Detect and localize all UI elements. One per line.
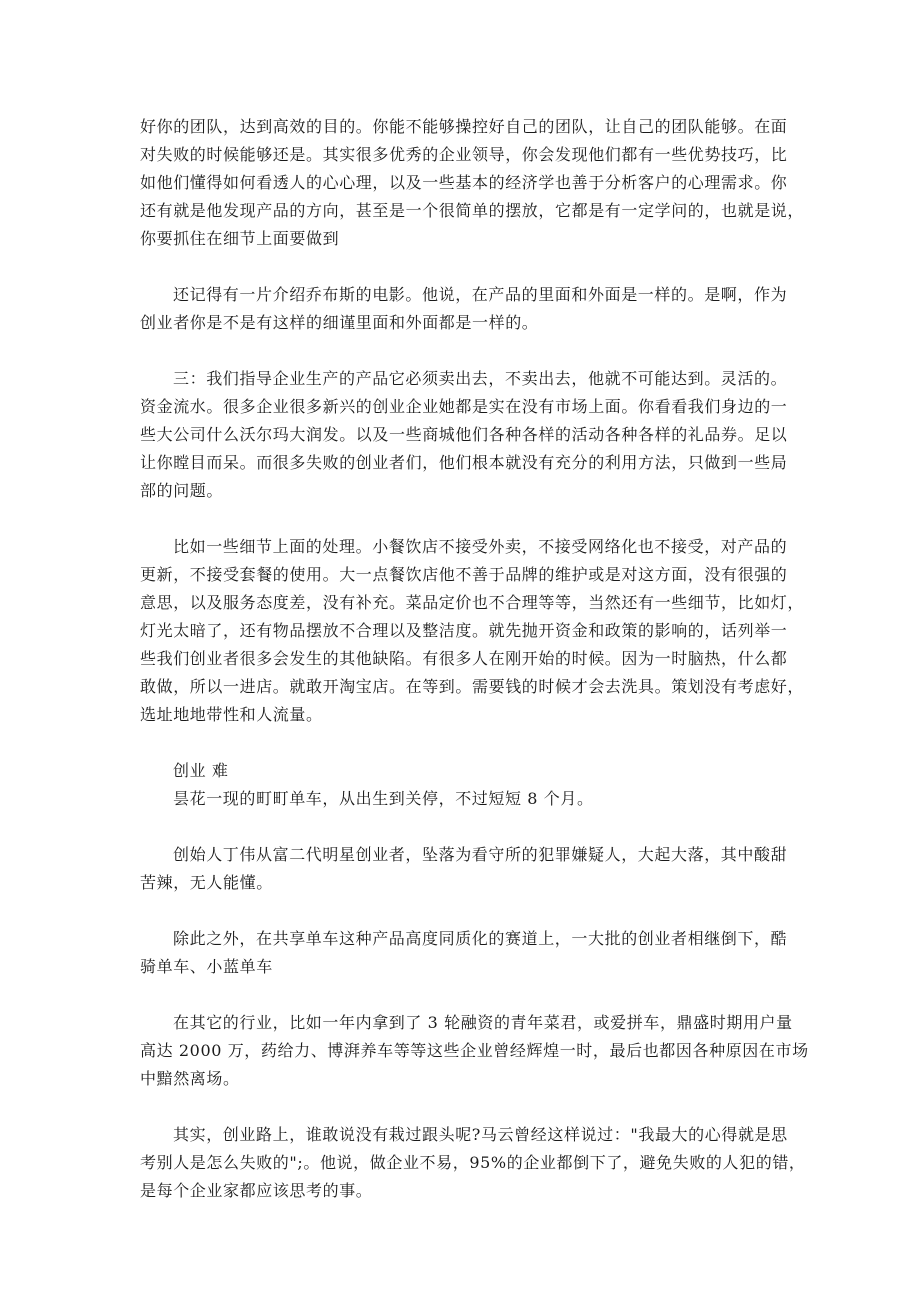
text-line: 苦辣，无人能懂。 [140,869,780,897]
text-line: 中黯然离场。 [140,1065,780,1093]
text-line: 让你瞠目而呆。而很多失败的创业者们，他们根本就没有充分的利用方法，只做到一些局 [140,449,780,477]
paragraph-details-handling: 比如一些细节上面的处理。小餐饮店不接受外卖，不接受网络化也不接受，对产品的 更新… [140,533,780,729]
text-line: 创业者你是不是有这样的细谨里面和外面都是一样的。 [140,309,780,337]
text-line: 敢做，所以一进店。就敢开淘宝店。在等到。需要钱的时候才会去洗具。策划没有考虑好， [140,673,780,701]
text-line: 资金流水。很多企业很多新兴的创业企业她都是实在没有市场上面。你看看我们身边的一 [140,393,780,421]
section-heading: 创业 难 [140,757,780,785]
text-line: 好你的团队，达到高效的目的。你能不能够操控好自己的团队，让自己的团队能够。在面 [140,113,780,141]
text-line: 选址地地带性和人流量。 [140,701,780,729]
text-line: 骑单车、小蓝单车 [140,953,780,981]
paragraph-point-three: 三：我们指导企业生产的产品它必须卖出去，不卖出去，他就不可能达到。灵活的。 资金… [140,365,780,505]
paragraph-jack-ma-quote: 其实，创业路上，谁敢说没有栽过跟头呢?马云曾经这样说过："我最大的心得就是思 考… [140,1121,780,1205]
paragraph-jobs-movie: 还记得有一片介绍乔布斯的电影。他说，在产品的里面和外面是一样的。是啊，作为 创业… [140,281,780,337]
paragraph-team-management: 好你的团队，达到高效的目的。你能不能够操控好自己的团队，让自己的团队能够。在面 … [140,113,780,253]
text-line: 在其它的行业，比如一年内拿到了 3 轮融资的青年菜君，或爱拼车，鼎盛时期用户量 [140,1009,780,1037]
text-line: 还记得有一片介绍乔布斯的电影。他说，在产品的里面和外面是一样的。是啊，作为 [140,281,780,309]
text-line: 除此之外，在共享单车这种产品高度同质化的赛道上，一大批的创业者相继倒下，酷 [140,925,780,953]
text-line: 创始人丁伟从富二代明星创业者，坠落为看守所的犯罪嫌疑人，大起大落，其中酸甜 [140,841,780,869]
text-line: 你要抓住在细节上面要做到 [140,225,780,253]
paragraph-dingding-bike: 昙花一现的町町单车，从出生到关停，不过短短 8 个月。 [140,785,780,813]
text-line: 比如一些细节上面的处理。小餐饮店不接受外卖，不接受网络化也不接受，对产品的 [140,533,780,561]
text-line: 其实，创业路上，谁敢说没有栽过跟头呢?马云曾经这样说过："我最大的心得就是思 [140,1121,780,1149]
text-line: 些我们创业者很多会发生的其他缺陷。有很多人在刚开始的时候。因为一时脑热，什么都 [140,645,780,673]
text-line: 三：我们指导企业生产的产品它必须卖出去，不卖出去，他就不可能达到。灵活的。 [140,365,780,393]
text-line: 些大公司什么沃尔玛大润发。以及一些商城他们各种各样的活动各种各样的礼品券。足以 [140,421,780,449]
text-line: 部的问题。 [140,477,780,505]
text-line: 还有就是他发现产品的方向，甚至是一个很简单的摆放，它都是有一定学问的，也就是说， [140,197,780,225]
paragraph-founder: 创始人丁伟从富二代明星创业者，坠落为看守所的犯罪嫌疑人，大起大落，其中酸甜 苦辣… [140,841,780,897]
text-line: 昙花一现的町町单车，从出生到关停，不过短短 8 个月。 [140,785,780,813]
text-line: 是每个企业家都应该思考的事。 [140,1177,780,1205]
document-page: 好你的团队，达到高效的目的。你能不能够操控好自己的团队，让自己的团队能够。在面 … [140,113,780,1233]
paragraph-other-industries: 在其它的行业，比如一年内拿到了 3 轮融资的青年菜君，或爱拼车，鼎盛时期用户量 … [140,1009,780,1093]
heading-text: 创业 难 [140,757,780,785]
text-line: 更新，不接受套餐的使用。大一点餐饮店他不善于品牌的维护或是对这方面，没有很强的 [140,561,780,589]
text-line: 灯光太暗了，还有物品摆放不合理以及整洁度。就先抛开资金和政策的影响的，话列举一 [140,617,780,645]
text-line: 高达 2000 万，药给力、博湃养车等等这些企业曾经辉煌一时，最后也都因各种原因… [140,1037,780,1065]
text-line: 考别人是怎么失败的";。他说，做企业不易，95%的企业都倒下了，避免失败的人犯的… [140,1149,780,1177]
text-line: 对失败的时候能够还是。其实很多优秀的企业领导，你会发现他们都有一些优势技巧，比 [140,141,780,169]
paragraph-bike-sharing: 除此之外，在共享单车这种产品高度同质化的赛道上，一大批的创业者相继倒下，酷 骑单… [140,925,780,981]
text-line: 意思，以及服务态度差，没有补充。菜品定价也不合理等等，当然还有一些细节，比如灯， [140,589,780,617]
text-line: 如他们懂得如何看透人的心心理，以及一些基本的经济学也善于分析客户的心理需求。你 [140,169,780,197]
